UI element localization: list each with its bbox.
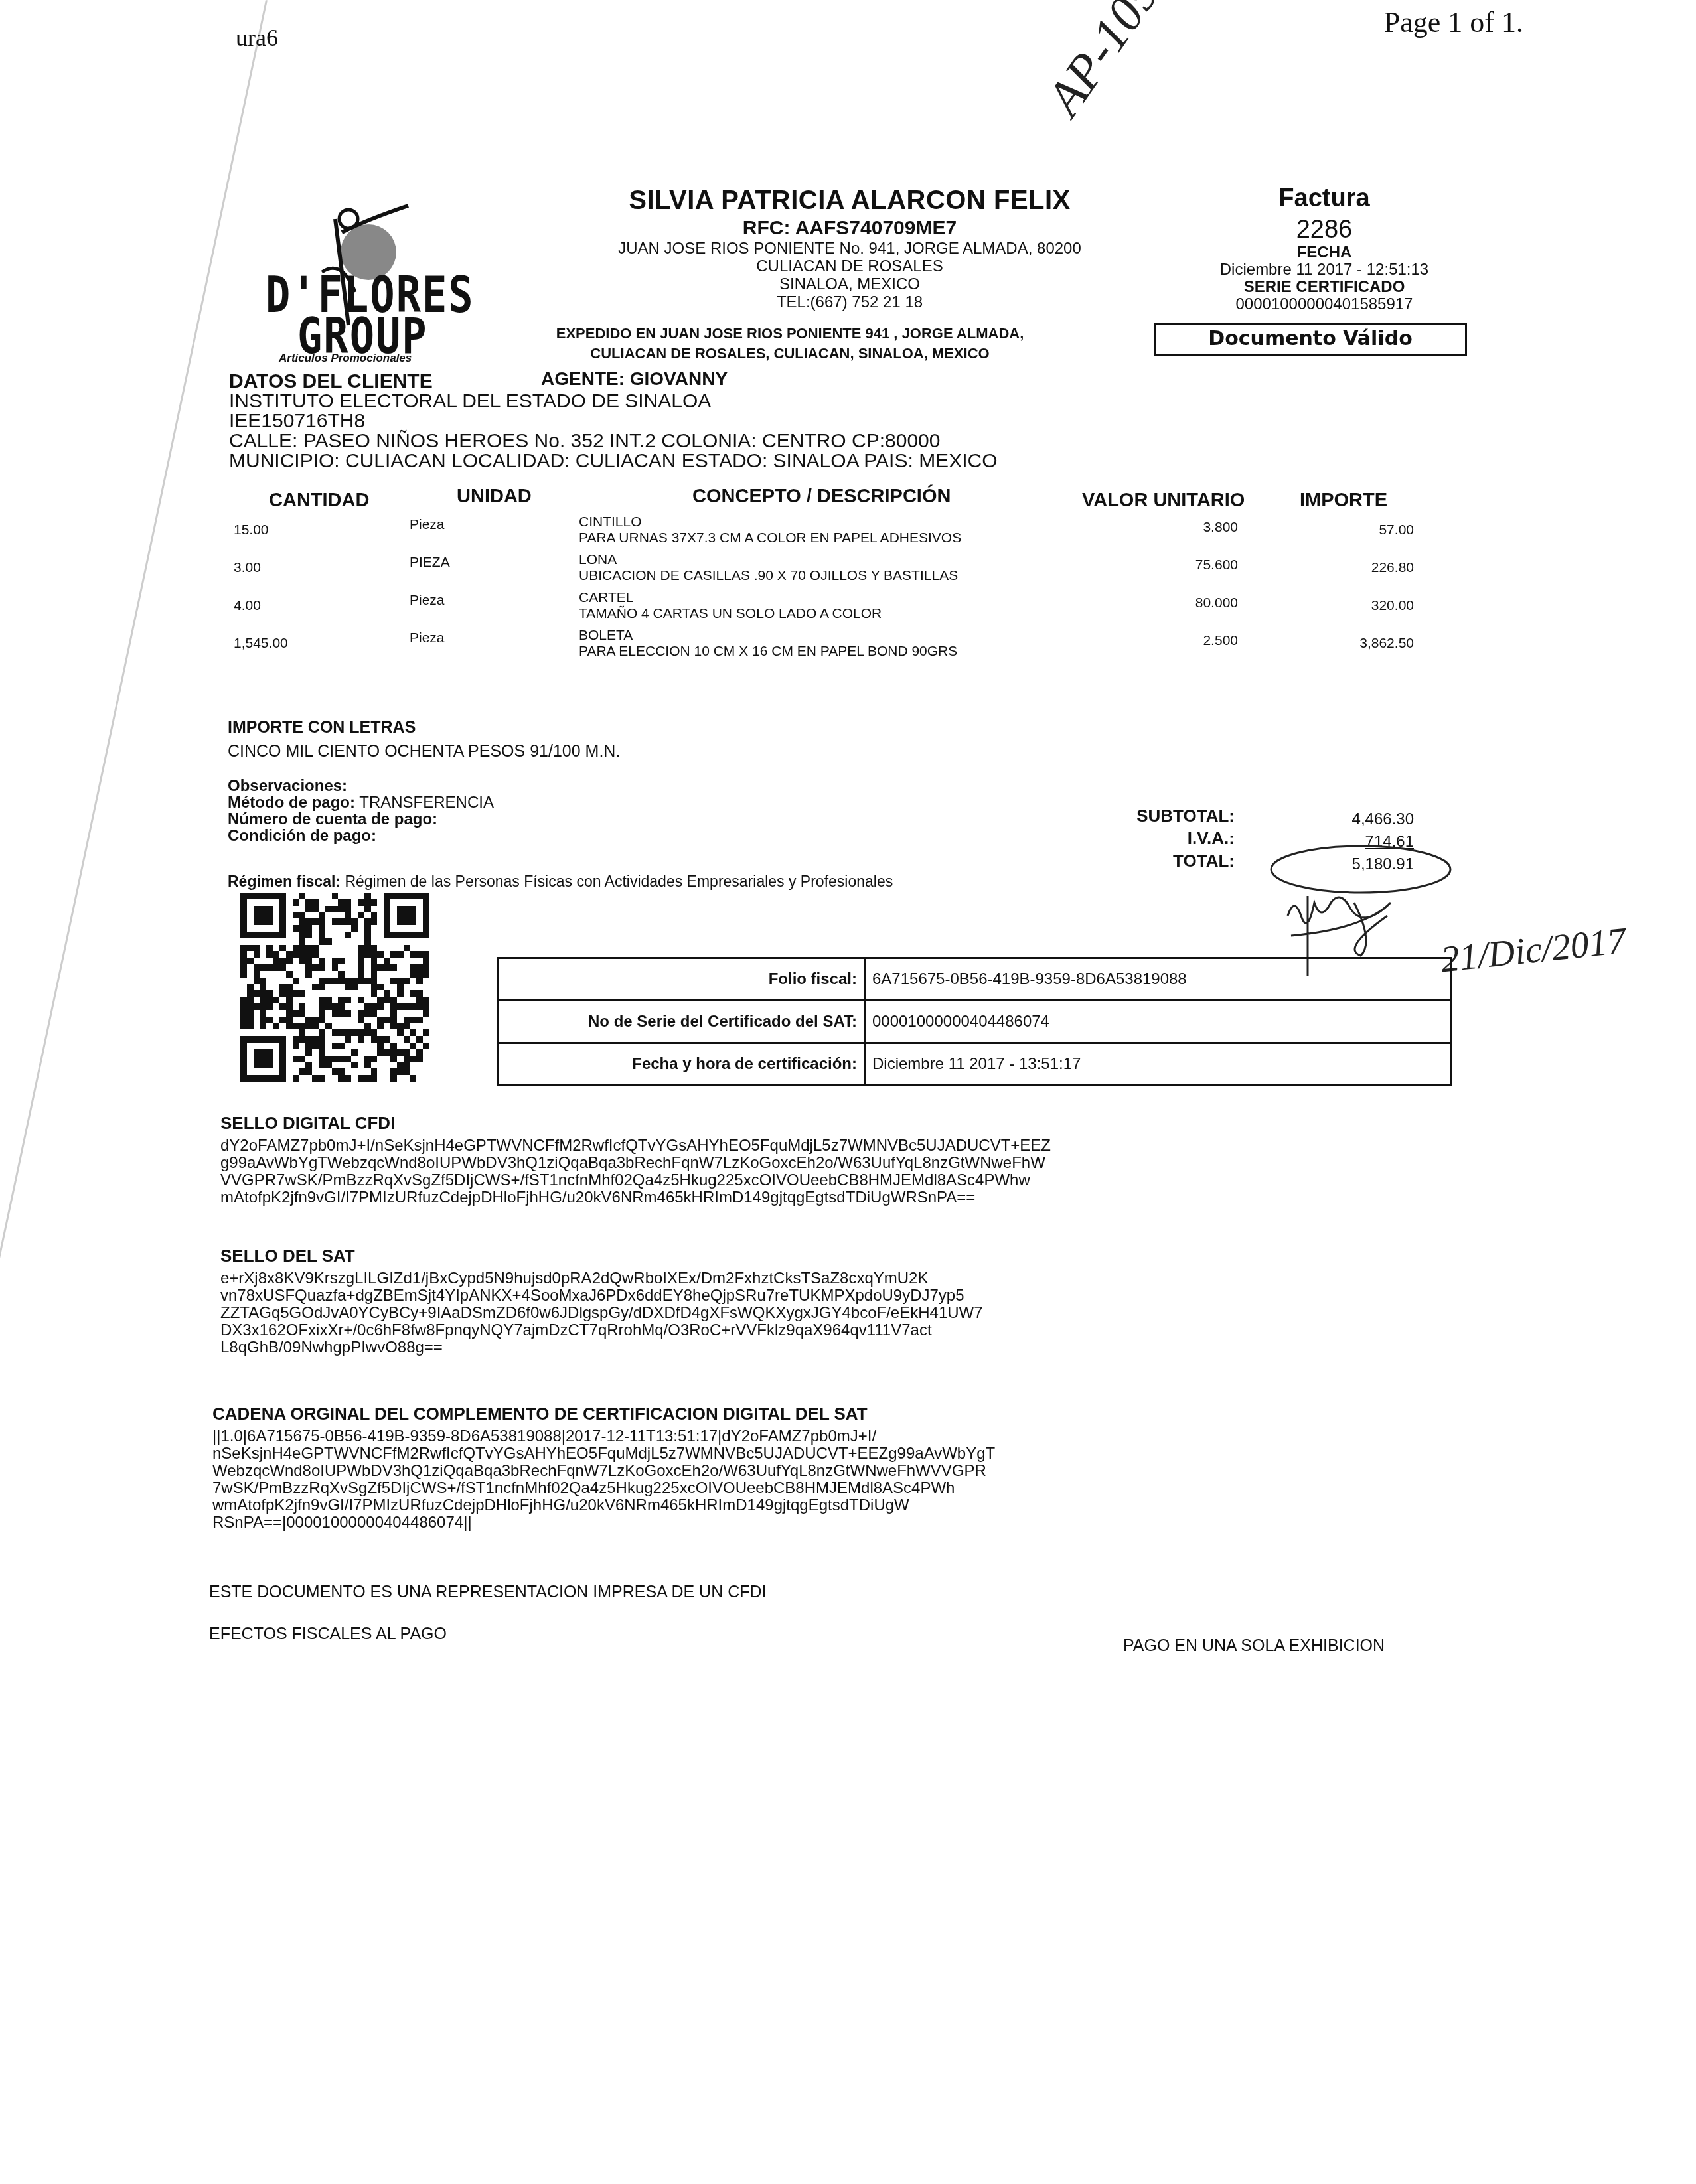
cell-importe: 57.00 <box>1379 522 1414 538</box>
total-label: TOTAL: <box>1102 849 1235 872</box>
cell-unidad: Pieza <box>410 593 445 609</box>
certification-label: Folio fiscal: <box>498 958 865 1001</box>
sello-cfdi-section: SELLO DIGITAL CFDI dY2oFAMZ7pb0mJ+I/nSeK… <box>220 1115 1051 1206</box>
serie-value: 00001000000401585917 <box>1168 296 1480 313</box>
client-block: DATOS DEL CLIENTE INSTITUTO ELECTORAL DE… <box>229 372 997 471</box>
expedido-line: CULIACAN DE ROSALES, CULIACAN, SINALOA, … <box>531 344 1049 364</box>
cell-cantidad: 3.00 <box>234 560 261 576</box>
cell-importe: 226.80 <box>1371 560 1414 576</box>
table-row: 3.00PIEZALONAUBICACION DE CASILLAS .90 X… <box>0 552 1696 592</box>
certification-label: Fecha y hora de certificación: <box>498 1043 865 1086</box>
cell-valor-unitario: 80.000 <box>1195 595 1238 611</box>
pago-text: PAGO EN UNA SOLA EXHIBICION <box>1123 1637 1385 1656</box>
client-street: CALLE: PASEO NIÑOS HEROES No. 352 INT.2 … <box>229 431 997 451</box>
issuer-address-line: JUAN JOSE RIOS PONIENTE No. 941, JORGE A… <box>551 240 1148 257</box>
sello-sat-title: SELLO DEL SAT <box>220 1248 983 1264</box>
header-unidad: UNIDAD <box>457 486 532 508</box>
cell-cantidad: 4.00 <box>234 598 261 614</box>
certification-table: Folio fiscal:6A715675-0B56-419B-9359-8D6… <box>497 957 1452 1086</box>
document-status-badge: Documento Válido <box>1154 323 1467 356</box>
client-name: INSTITUTO ELECTORAL DEL ESTADO DE SINALO… <box>229 392 997 411</box>
cell-cantidad: 1,545.00 <box>234 636 288 652</box>
cell-concepto: BOLETAPARA ELECCION 10 CM X 16 CM EN PAP… <box>579 628 957 660</box>
serie-label: SERIE CERTIFICADO <box>1168 279 1480 296</box>
expedido-line: EXPEDIDO EN JUAN JOSE RIOS PONIENTE 941 … <box>531 324 1049 344</box>
iva-label: I.V.A.: <box>1102 827 1235 849</box>
qr-code-icon <box>240 893 429 1082</box>
client-municipio: MUNICIPIO: CULIACAN LOCALIDAD: CULIACAN … <box>229 451 997 471</box>
certification-row: No de Serie del Certificado del SAT:0000… <box>498 1001 1452 1043</box>
fecha-value: Diciembre 11 2017 - 12:51:13 <box>1168 261 1480 279</box>
issuer-block: SILVIA PATRICIA ALARCON FELIX RFC: AAFS7… <box>551 186 1148 311</box>
cell-concepto: LONAUBICACION DE CASILLAS .90 X 70 OJILL… <box>579 552 958 584</box>
condicion-label: Condición de pago: <box>228 828 494 844</box>
metodo-value: TRANSFERENCIA <box>359 794 494 812</box>
concepto-name: CARTEL <box>579 590 882 606</box>
payment-block: Observaciones: Método de pago: TRANSFERE… <box>228 778 494 844</box>
header-valor-unitario: VALOR UNITARIO <box>1082 490 1245 512</box>
cell-unidad: Pieza <box>410 517 445 533</box>
cell-valor-unitario: 3.800 <box>1203 520 1238 536</box>
cell-concepto: CINTILLOPARA URNAS 37X7.3 CM A COLOR EN … <box>579 514 961 546</box>
cell-unidad: PIEZA <box>410 555 450 571</box>
cell-importe: 320.00 <box>1371 598 1414 614</box>
regimen-value: Régimen de las Personas Físicas con Acti… <box>345 873 893 890</box>
cell-importe: 3,862.50 <box>1359 636 1414 652</box>
issuer-address-line: SINALOA, MEXICO <box>551 275 1148 293</box>
table-row: 15.00PiezaCINTILLOPARA URNAS 37X7.3 CM A… <box>0 514 1696 554</box>
issuer-phone: TEL:(667) 752 21 18 <box>551 293 1148 311</box>
expedido-block: EXPEDIDO EN JUAN JOSE RIOS PONIENTE 941 … <box>531 324 1049 364</box>
header-importe: IMPORTE <box>1300 490 1387 512</box>
concepto-description: PARA ELECCION 10 CM X 16 CM EN PAPEL BON… <box>579 644 957 660</box>
observaciones-label: Observaciones: <box>228 778 494 794</box>
concepto-name: BOLETA <box>579 628 957 644</box>
certification-value: 6A715675-0B56-419B-9359-8D6A53819088 <box>865 958 1452 1001</box>
certification-label: No de Serie del Certificado del SAT: <box>498 1001 865 1043</box>
fecha-label: FECHA <box>1168 244 1480 261</box>
concepto-name: LONA <box>579 552 958 568</box>
amount-in-words-value: CINCO MIL CIENTO OCHENTA PESOS 91/100 M.… <box>228 739 620 763</box>
amount-in-words-label: IMPORTE CON LETRAS <box>228 715 620 739</box>
efectos-text: EFECTOS FISCALES AL PAGO <box>209 1625 447 1644</box>
table-row: 4.00PiezaCARTELTAMAÑO 4 CARTAS UN SOLO L… <box>0 590 1696 630</box>
cadena-original-value: ||1.0|6A715675-0B56-419B-9359-8D6A538190… <box>212 1428 995 1532</box>
amount-in-words: IMPORTE CON LETRAS CINCO MIL CIENTO OCHE… <box>228 715 620 763</box>
cadena-original-title: CADENA ORGINAL DEL COMPLEMENTO DE CERTIF… <box>212 1406 995 1421</box>
cadena-original-section: CADENA ORGINAL DEL COMPLEMENTO DE CERTIF… <box>212 1406 995 1532</box>
cell-valor-unitario: 2.500 <box>1203 633 1238 649</box>
metodo-label: Método de pago: <box>228 794 355 812</box>
sello-cfdi-value: dY2oFAMZ7pb0mJ+I/nSeKsjnH4eGPTWVNCFfM2Rw… <box>220 1137 1051 1206</box>
certification-value: 00001000000404486074 <box>865 1001 1452 1043</box>
cell-cantidad: 15.00 <box>234 522 269 538</box>
scan-fragment-text: ura6 <box>236 24 278 52</box>
concepto-description: UBICACION DE CASILLAS .90 X 70 OJILLOS Y… <box>579 568 958 584</box>
issuer-rfc: RFC: AAFS740709ME7 <box>551 217 1148 240</box>
regimen-label: Régimen fiscal: <box>228 873 341 890</box>
regimen-fiscal: Régimen fiscal: Régimen de las Personas … <box>228 873 893 891</box>
client-rfc: IEE150716TH8 <box>229 411 997 431</box>
header-concepto: CONCEPTO / DESCRIPCIÓN <box>692 486 951 508</box>
client-section-title: DATOS DEL CLIENTE <box>229 372 997 392</box>
totals-labels: SUBTOTAL: I.V.A.: TOTAL: <box>1102 804 1235 872</box>
scan-edge-line <box>0 0 268 2137</box>
header-cantidad: CANTIDAD <box>269 490 369 512</box>
invoice-number: 2286 <box>1168 216 1480 244</box>
certification-row: Fecha y hora de certificación:Diciembre … <box>498 1043 1452 1086</box>
cell-concepto: CARTELTAMAÑO 4 CARTAS UN SOLO LADO A COL… <box>579 590 882 622</box>
subtotal-label: SUBTOTAL: <box>1102 804 1235 827</box>
handwritten-reference: AP-10934 <box>1036 0 1200 126</box>
invoice-title: Factura <box>1168 184 1480 213</box>
concepto-description: PARA URNAS 37X7.3 CM A COLOR EN PAPEL AD… <box>579 530 961 546</box>
cell-unidad: Pieza <box>410 630 445 646</box>
sello-sat-section: SELLO DEL SAT e+rXj8x8KV9KrszgLILGIZd1/j… <box>220 1248 983 1356</box>
sello-cfdi-title: SELLO DIGITAL CFDI <box>220 1115 1051 1131</box>
page-indicator: Page 1 of 1. <box>1384 5 1523 39</box>
certification-value: Diciembre 11 2017 - 13:51:17 <box>865 1043 1452 1086</box>
issuer-name: SILVIA PATRICIA ALARCON FELIX <box>551 186 1148 216</box>
sello-sat-value: e+rXj8x8KV9KrszgLILGIZd1/jBxCypd5N9hujsd… <box>220 1270 983 1356</box>
concepto-description: TAMAÑO 4 CARTAS UN SOLO LADO A COLOR <box>579 606 882 622</box>
certification-row: Folio fiscal:6A715675-0B56-419B-9359-8D6… <box>498 958 1452 1001</box>
concepto-name: CINTILLO <box>579 514 961 530</box>
representacion-text: ESTE DOCUMENTO ES UNA REPRESENTACION IMP… <box>209 1583 766 1602</box>
cell-valor-unitario: 75.600 <box>1195 557 1238 573</box>
cuenta-label: Número de cuenta de pago: <box>228 811 494 828</box>
issuer-address-line: CULIACAN DE ROSALES <box>551 257 1148 275</box>
logo-tagline: Artículos Promocionales <box>279 352 412 365</box>
table-row: 1,545.00PiezaBOLETAPARA ELECCION 10 CM X… <box>0 628 1696 668</box>
subtotal-value: 4,466.30 <box>1281 808 1414 831</box>
invoice-header: Factura 2286 FECHA Diciembre 11 2017 - 1… <box>1168 184 1480 313</box>
